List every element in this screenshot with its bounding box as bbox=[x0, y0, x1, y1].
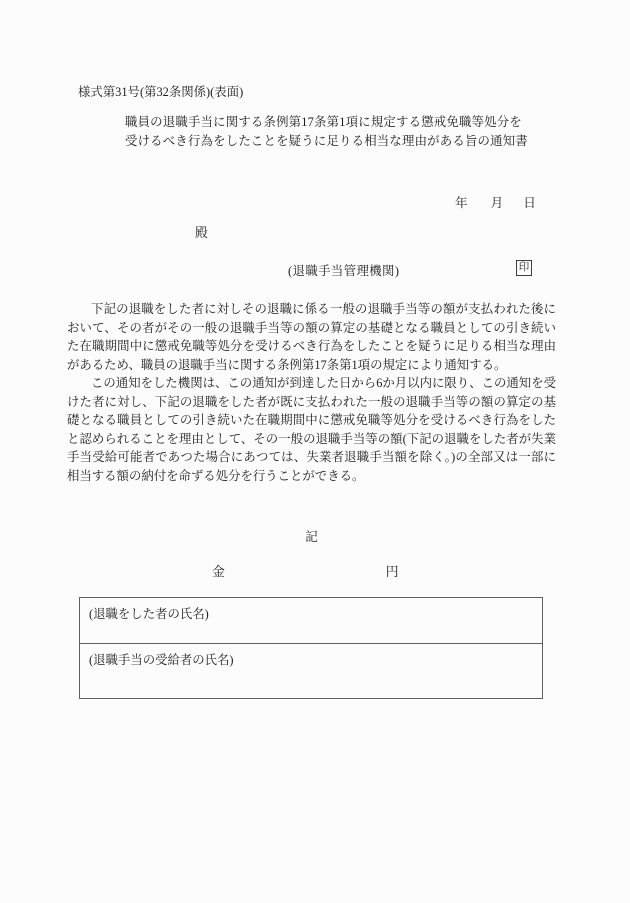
issuer-label: (退職手当管理機関) bbox=[288, 261, 399, 279]
date-day-label: 日 bbox=[523, 196, 536, 210]
field-allowance-recipient-name: (退職手当の受給者の氏名) bbox=[80, 643, 542, 698]
date-year-label: 年 bbox=[455, 196, 468, 210]
field-allowance-recipient-name-label: (退職手当の受給者の氏名) bbox=[89, 653, 234, 667]
body-paragraph-1: 下記の退職をした者に対しその退職に係る一般の退職手当等の額が支払われた後において… bbox=[67, 300, 556, 374]
amount-prefix-label: 金 bbox=[212, 565, 225, 579]
seal-mark: 印 bbox=[516, 260, 532, 276]
addressee-honorific: 殿 bbox=[195, 222, 208, 241]
document-page: 様式第31号(第32条関係)(表面) 職員の退職手当に関する条例第17条第1項に… bbox=[0, 0, 630, 903]
date-month-label: 月 bbox=[491, 196, 504, 210]
record-heading: 記 bbox=[67, 526, 556, 545]
document-title-line-1: 職員の退職手当に関する条例第17条第1項に規定する懲戒免職等処分を bbox=[125, 113, 528, 132]
name-fields-table: (退職をした者の氏名) (退職手当の受給者の氏名) bbox=[79, 597, 543, 699]
document-title: 職員の退職手当に関する条例第17条第1項に規定する懲戒免職等処分を 受けるべき行… bbox=[125, 113, 528, 150]
form-number: 様式第31号(第32条関係)(表面) bbox=[78, 82, 243, 100]
field-retired-person-name: (退職をした者の氏名) bbox=[80, 598, 542, 643]
document-title-line-2: 受けるべき行為をしたことを疑うに足りる相当な理由がある旨の通知書 bbox=[125, 132, 528, 151]
field-retired-person-name-label: (退職をした者の氏名) bbox=[89, 607, 209, 621]
amount-suffix-label: 円 bbox=[386, 565, 399, 579]
body-text: 下記の退職をした者に対しその退職に係る一般の退職手当等の額が支払われた後において… bbox=[67, 300, 556, 485]
date-line: 年月日 bbox=[455, 192, 536, 211]
body-paragraph-2: この通知をした機関は、この通知が到達した日から6か月以内に限り、この通知を受けた… bbox=[67, 374, 556, 485]
amount-line: 金円 bbox=[212, 561, 399, 580]
